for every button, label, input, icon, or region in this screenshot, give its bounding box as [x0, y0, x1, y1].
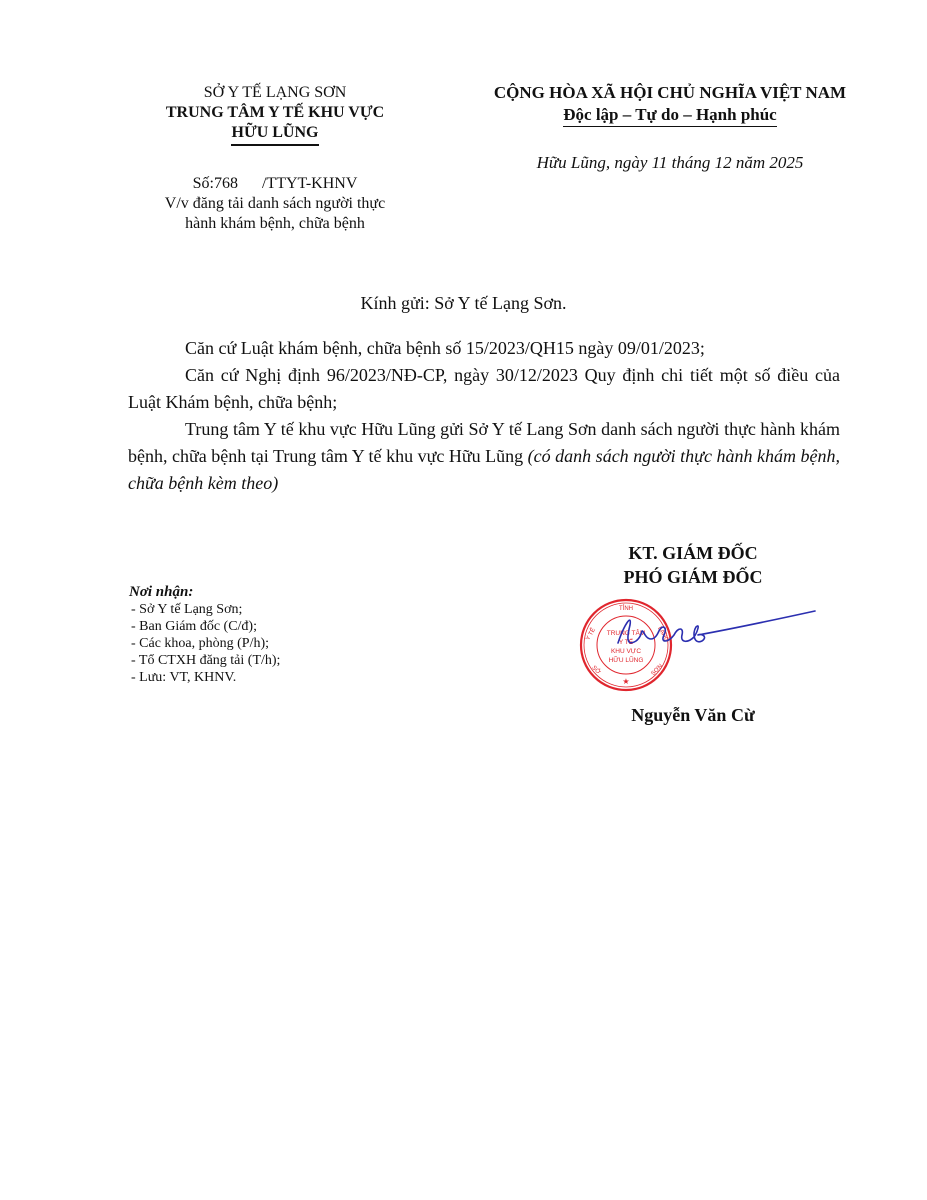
- header-divider: [231, 144, 319, 146]
- subject-line2: hành khám bệnh, chữa bệnh: [125, 214, 425, 234]
- document-number-prefix: Số:768: [193, 175, 238, 192]
- document-body: Căn cứ Luật khám bệnh, chữa bệnh số 15/2…: [128, 335, 840, 497]
- signer-title: KT. GIÁM ĐỐC PHÓ GIÁM ĐỐC: [548, 541, 838, 589]
- document-number: Số:768/TTYT-KHNV: [125, 174, 425, 194]
- place-date: Hữu Lũng, ngày 11 tháng 12 năm 2025: [470, 152, 870, 174]
- subject-line1: V/v đăng tải danh sách người thực: [125, 194, 425, 214]
- distribution-list-title: Nơi nhận:: [129, 583, 389, 601]
- body-paragraph: Căn cứ Luật khám bệnh, chữa bệnh số 15/2…: [128, 335, 840, 362]
- distribution-list-item: - Lưu: VT, KHNV.: [129, 669, 389, 686]
- distribution-list-item: - Các khoa, phòng (P/h);: [129, 635, 389, 652]
- handwritten-signature: [610, 605, 820, 655]
- organization-name-line1: TRUNG TÂM Y TẾ KHU VỰC: [125, 103, 425, 123]
- issuing-agency-block: SỞ Y TẾ LẠNG SƠN TRUNG TÂM Y TẾ KHU VỰC …: [125, 82, 425, 234]
- body-paragraph: Trung tâm Y tế khu vực Hữu Lũng gửi Sở Y…: [128, 416, 840, 497]
- body-paragraph: Căn cứ Nghị định 96/2023/NĐ-CP, ngày 30/…: [128, 362, 840, 416]
- national-header-block: CỘNG HÒA XÃ HỘI CHỦ NGHĨA VIỆT NAM Độc l…: [470, 82, 870, 174]
- distribution-list-item: - Sở Y tế Lạng Sơn;: [129, 601, 389, 618]
- document-number-suffix: /TTYT-KHNV: [262, 175, 357, 192]
- distribution-list-item: - Tổ CTXH đăng tải (T/h);: [129, 652, 389, 669]
- organization-name-line2: HỮU LŨNG: [125, 123, 425, 143]
- distribution-list: Nơi nhận: - Sở Y tế Lạng Sơn; - Ban Giám…: [129, 583, 389, 686]
- national-motto: Độc lập – Tự do – Hạnh phúc: [563, 104, 776, 127]
- addressee: Kính gửi: Sở Y tế Lạng Sơn.: [0, 291, 927, 315]
- department-name: SỞ Y TẾ LẠNG SƠN: [125, 82, 425, 103]
- signer-title-line1: KT. GIÁM ĐỐC: [548, 541, 838, 565]
- distribution-list-item: - Ban Giám đốc (C/đ);: [129, 618, 389, 635]
- nation-title: CỘNG HÒA XÃ HỘI CHỦ NGHĨA VIỆT NAM: [470, 82, 870, 104]
- stamp-star-icon: ★: [622, 677, 629, 686]
- signer-title-line2: PHÓ GIÁM ĐỐC: [548, 565, 838, 589]
- stamp-inner-line4: HỮU LŨNG: [609, 655, 644, 664]
- stamp-text-left: Y TẾ: [584, 627, 597, 642]
- signer-name: Nguyễn Văn Cừ: [548, 703, 838, 727]
